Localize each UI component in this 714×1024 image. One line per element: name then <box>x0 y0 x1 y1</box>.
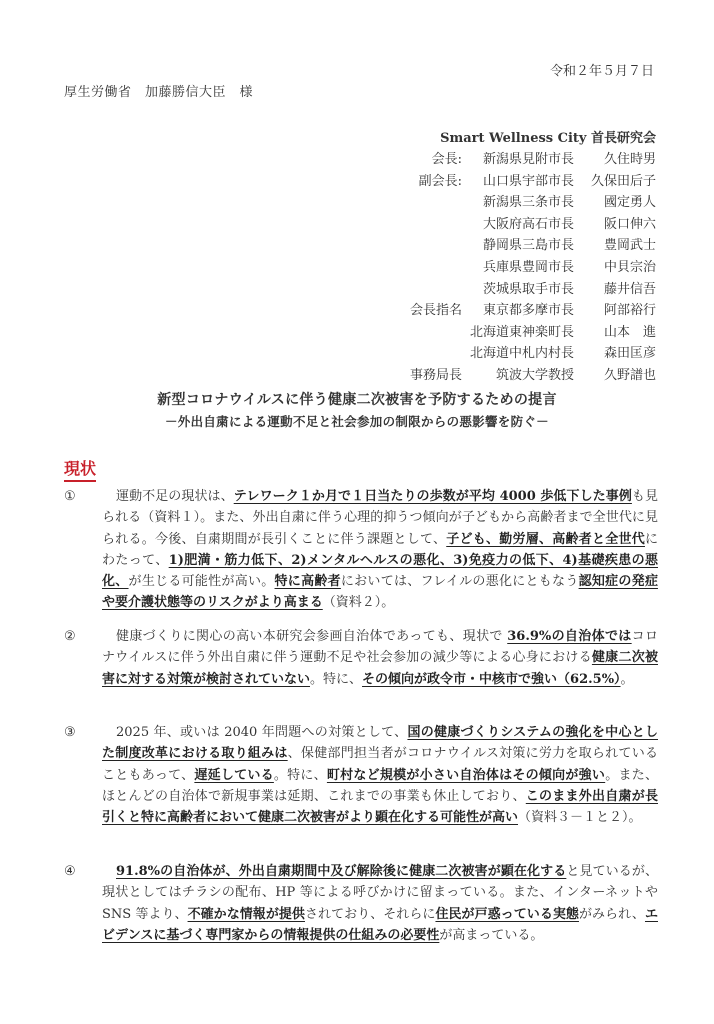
organization-name: Smart Wellness City 首長研究会 <box>440 127 656 146</box>
text-segment: （資料３－１と２）。 <box>518 810 642 825</box>
list-item: ④ 91.8%の自治体が、外出自粛期間中及び解除後に健康二次被害が顕在化すると見… <box>64 861 658 946</box>
item-number: ② <box>64 626 76 647</box>
text-segment: においては、フレイルの悪化にともなう <box>341 574 579 589</box>
member-row: 新潟県三条市長國定勇人 <box>380 191 660 213</box>
member-row: 会長指名東京都多摩市長阿部裕行 <box>380 299 660 321</box>
member-office: 新潟県三条市長 <box>483 191 574 210</box>
text-segment: 運動不足の現状は、 <box>116 489 234 504</box>
member-row: 事務局長筑波大学教授久野譜也 <box>380 364 660 386</box>
item-body: 健康づくりに関心の高い本研究会参画自治体であっても、現状で 36.9%の自治体で… <box>102 626 658 690</box>
item-number: ③ <box>64 722 76 743</box>
text-segment: 。特に、 <box>274 768 327 783</box>
text-segment: 2025 年、或いは 2040 年問題への対策として、 <box>116 725 407 740</box>
emphasized-text: 91.8%の自治体が、外出自粛期間中及び解除後に健康二次被害が顕在化する <box>116 864 566 879</box>
text-segment: 。 <box>621 672 634 687</box>
member-name: 阿部裕行 <box>604 299 656 318</box>
document-date: 令和２年５月７日 <box>550 60 654 79</box>
document-title: 新型コロナウイルスに伴う健康二次被害を予防するための提言 <box>0 389 714 409</box>
section-heading: 現状 <box>64 459 96 482</box>
text-segment: 。特に、 <box>310 672 362 687</box>
member-row: 北海道東神楽町長山本 進 <box>380 321 660 343</box>
member-office: 東京都多摩市長 <box>483 299 574 318</box>
list-item: ① 運動不足の現状は、テレワーク１か月で１日当たりの歩数が平均 4000 歩低下… <box>64 486 658 614</box>
member-role: 会長指名 <box>380 299 462 318</box>
item-body: 運動不足の現状は、テレワーク１か月で１日当たりの歩数が平均 4000 歩低下した… <box>102 486 658 614</box>
emphasized-text: 特に高齢者 <box>275 574 341 589</box>
list-item: ② 健康づくりに関心の高い本研究会参画自治体であっても、現状で 36.9%の自治… <box>64 626 658 690</box>
addressee: 厚生労働省 加藤勝信大臣 様 <box>64 81 253 100</box>
member-name: 森田匡彦 <box>604 342 656 361</box>
item-body: 91.8%の自治体が、外出自粛期間中及び解除後に健康二次被害が顕在化すると見てい… <box>102 861 658 946</box>
member-row: 大阪府高石市長阪口伸六 <box>380 213 660 235</box>
member-row: 北海道中札内村長森田匡彦 <box>380 342 660 364</box>
member-name: 久住時男 <box>604 148 656 167</box>
member-row: 会長:新潟県見附市長久住時男 <box>380 148 660 170</box>
emphasized-text: 不確かな情報が提供 <box>188 907 305 922</box>
text-segment: されており、それらに <box>305 907 435 922</box>
text-segment: がみられ、 <box>579 907 645 922</box>
document-page: 令和２年５月７日 厚生労働省 加藤勝信大臣 様 Smart Wellness C… <box>0 0 714 1024</box>
member-row: 副会長:山口県宇部市長久保田后子 <box>380 170 660 192</box>
member-row: 静岡県三島市長豊岡武士 <box>380 234 660 256</box>
member-role: 会長: <box>380 148 462 167</box>
member-office: 兵庫県豊岡市長 <box>483 256 574 275</box>
emphasized-text: 遅延している <box>194 768 274 783</box>
member-list: 会長:新潟県見附市長久住時男副会長:山口県宇部市長久保田后子新潟県三条市長國定勇… <box>380 148 660 386</box>
member-office: 新潟県見附市長 <box>483 148 574 167</box>
emphasized-text: 町村など規模が小さい自治体はその傾向が強い <box>327 768 605 783</box>
member-row: 兵庫県豊岡市長中貝宗治 <box>380 256 660 278</box>
member-office: 筑波大学教授 <box>496 364 574 383</box>
text-segment: 健康づくりに関心の高い本研究会参画自治体であっても、現状で <box>116 629 507 644</box>
text-segment: が生じる可能性が高い。 <box>129 574 275 589</box>
member-name: 國定勇人 <box>604 191 656 210</box>
member-office: 静岡県三島市長 <box>483 234 574 253</box>
member-office: 茨城県取手市長 <box>483 278 574 297</box>
emphasized-text: その傾向が政令市・中核市で強い（62.5%） <box>362 672 621 687</box>
member-office: 山口県宇部市長 <box>483 170 574 189</box>
member-name: 藤井信吾 <box>604 278 656 297</box>
text-segment: が高まっている。 <box>439 928 543 943</box>
emphasized-text: 36.9%の自治体では <box>507 629 631 644</box>
emphasized-text: テレワーク１か月で１日当たりの歩数が平均 4000 歩低下した事例 <box>234 489 632 504</box>
member-row: 茨城県取手市長藤井信吾 <box>380 278 660 300</box>
member-name: 久野譜也 <box>604 364 656 383</box>
item-body: 2025 年、或いは 2040 年問題への対策として、国の健康づくりシステムの強… <box>102 722 658 828</box>
member-role: 事務局長 <box>380 364 462 383</box>
member-office: 北海道中札内村長 <box>470 342 574 361</box>
member-name: 阪口伸六 <box>604 213 656 232</box>
member-role: 副会長: <box>380 170 462 189</box>
member-name: 中貝宗治 <box>604 256 656 275</box>
member-name: 豊岡武士 <box>604 234 656 253</box>
text-segment: （資料２）。 <box>323 595 395 610</box>
list-item: ③ 2025 年、或いは 2040 年問題への対策として、国の健康づくりシステム… <box>64 722 658 828</box>
document-subtitle: －外出自粛による運動不足と社会参加の制限からの悪影響を防ぐ－ <box>0 412 714 430</box>
item-number: ① <box>64 486 76 507</box>
member-office: 大阪府高石市長 <box>483 213 574 232</box>
item-number: ④ <box>64 861 76 882</box>
member-name: 山本 進 <box>604 321 656 340</box>
member-office: 北海道東神楽町長 <box>470 321 574 340</box>
emphasized-text: 住民が戸惑っている実態 <box>435 907 579 922</box>
emphasized-text: 子ども、勤労層、高齢者と全世代 <box>446 532 645 547</box>
member-name: 久保田后子 <box>591 170 656 189</box>
